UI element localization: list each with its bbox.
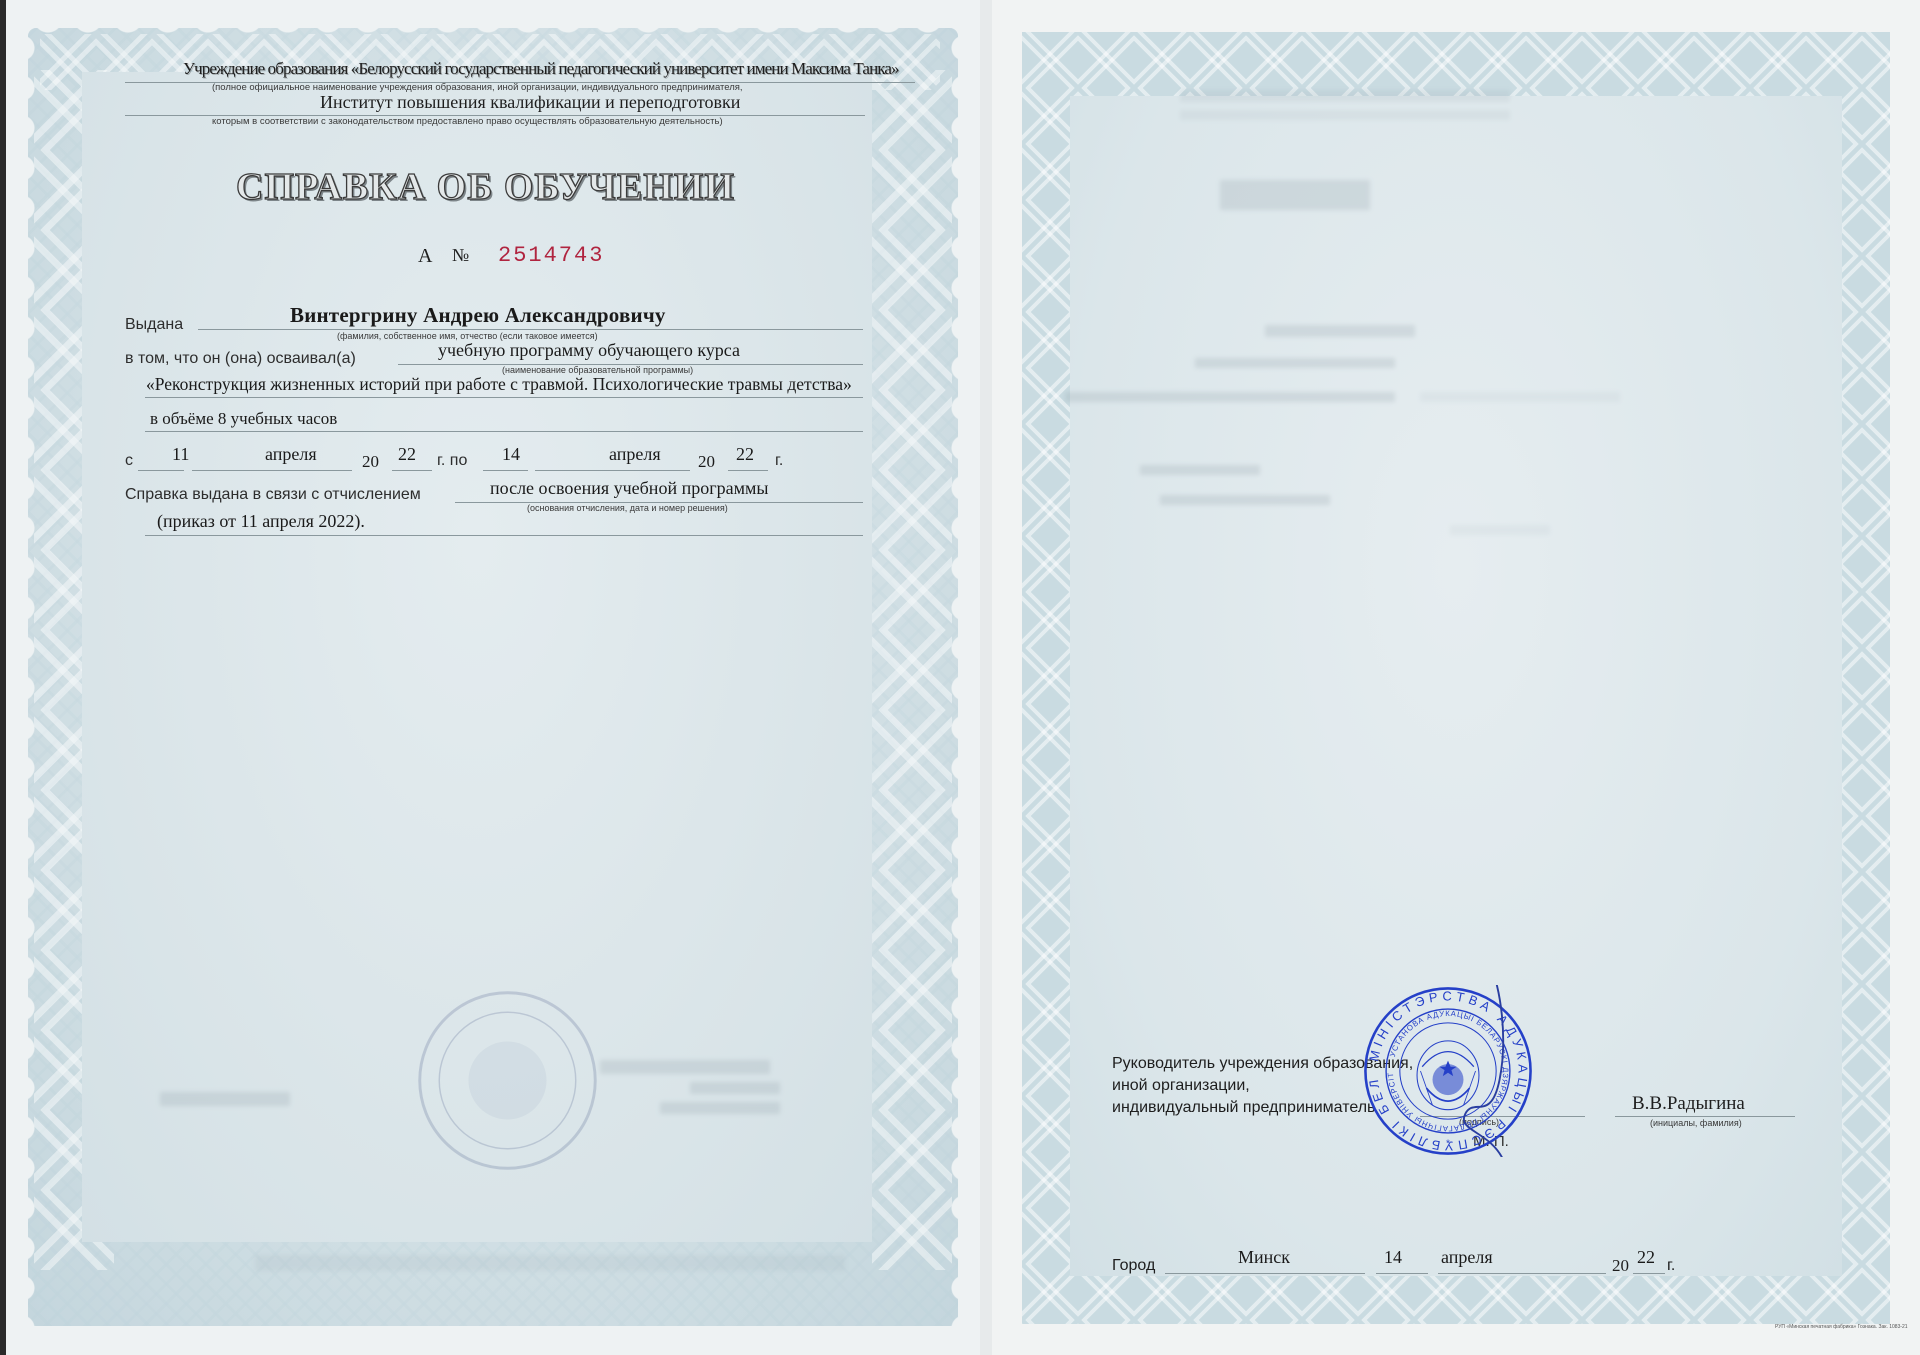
city-underline xyxy=(1165,1273,1365,1274)
bleed-through-text xyxy=(1160,495,1330,505)
page-gutter xyxy=(980,0,992,1355)
stamp-bleed-through xyxy=(410,978,605,1183)
director-name-underline xyxy=(1615,1116,1795,1117)
issue-month: апреля xyxy=(1441,1247,1493,1268)
bleed-through-text xyxy=(1180,110,1510,120)
program-name: «Реконструкция жизненных историй при раб… xyxy=(146,374,852,395)
bleed-through-title xyxy=(1220,180,1370,210)
program-name-underline xyxy=(145,397,863,398)
issue-century: 20 xyxy=(1612,1256,1629,1276)
number-sign: № xyxy=(452,245,469,266)
order-reference: (приказ от 11 апреля 2022). xyxy=(157,511,365,532)
scalloped-edge-bottom xyxy=(28,1310,958,1350)
scalloped-edge-left xyxy=(22,28,56,1326)
director-name: В.В.Радыгина xyxy=(1632,1093,1745,1115)
from-year-underline xyxy=(392,470,432,471)
subdivision-caption: которым в соответствии с законодательств… xyxy=(212,116,723,127)
period-from-month: апреля xyxy=(265,444,317,465)
period-suffix: г. xyxy=(775,452,783,470)
head-title-line-3: индивидуальный предприниматель xyxy=(1112,1099,1375,1117)
scalloped-edge-right xyxy=(930,28,964,1326)
bleed-through-text xyxy=(1195,358,1395,368)
svg-text:*: * xyxy=(1446,1139,1450,1150)
bleed-through-text xyxy=(1140,465,1260,475)
head-title-line-2: иной организации, xyxy=(1112,1077,1250,1095)
bleed-through-text xyxy=(1265,325,1415,337)
period-middle: г. по xyxy=(437,452,467,470)
official-stamp: МІНІСТЭРСТВА АДУКАЦЫІ РЭСПУБЛІКІ БЕЛАРУС… xyxy=(1362,985,1534,1157)
period-to-day: 14 xyxy=(502,444,520,465)
from-month-underline xyxy=(192,470,352,471)
period-to-month: апреля xyxy=(609,444,661,465)
bleed-through-text xyxy=(1420,392,1620,402)
document-title: СПРАВКА ОБ ОБУЧЕНИИ xyxy=(236,165,735,209)
printer-imprint: РУП «Минская печатная фабрика» Гознака. … xyxy=(1775,1324,1908,1330)
studied-label: в том, что он (она) осваивал(а) xyxy=(125,350,356,368)
reason-value: после освоения учебной программы xyxy=(490,478,768,499)
bleed-through-text xyxy=(1450,525,1550,535)
period-from-century: 20 xyxy=(362,452,379,472)
issued-to-label: Выдана xyxy=(125,316,183,334)
document-number: 2514743 xyxy=(498,243,604,268)
bleed-through-text xyxy=(600,1060,770,1074)
period-to-year: 22 xyxy=(736,444,754,465)
to-year-underline xyxy=(728,470,768,471)
order-underline xyxy=(145,535,863,536)
issue-city: Минск xyxy=(1238,1247,1290,1268)
recipient-underline xyxy=(198,329,863,330)
issue-day-underline xyxy=(1376,1273,1428,1274)
period-from-prefix: с xyxy=(125,452,133,470)
bleed-through-text xyxy=(1180,90,1510,102)
bleed-through-text xyxy=(660,1102,780,1114)
issue-year: 22 xyxy=(1637,1247,1655,1268)
bleed-through-text xyxy=(690,1082,780,1094)
bleed-through-text xyxy=(160,1092,290,1106)
bleed-through-text xyxy=(1065,392,1395,402)
hours-underline xyxy=(145,431,863,432)
period-from-day: 11 xyxy=(172,444,189,465)
city-label: Город xyxy=(1112,1257,1155,1275)
period-from-year: 22 xyxy=(398,444,416,465)
issue-year-underline xyxy=(1633,1273,1665,1274)
period-to-century: 20 xyxy=(698,452,715,472)
recipient-name: Винтергрину Андрею Александровичу xyxy=(290,303,666,328)
scalloped-edge-top xyxy=(28,18,958,58)
director-name-caption: (инициалы, фамилия) xyxy=(1650,1118,1742,1128)
reason-caption: (основания отчисления, дата и номер реше… xyxy=(527,503,728,513)
subdivision-name: Институт повышения квалификации и перепо… xyxy=(320,92,740,113)
program-hours: в объёме 8 учебных часов xyxy=(150,409,337,429)
bleed-through-text xyxy=(255,1255,845,1271)
document-series: А xyxy=(418,245,432,268)
reason-label: Справка выдана в связи с отчислением xyxy=(125,486,421,504)
issue-day: 14 xyxy=(1384,1247,1402,1268)
program-type: учебную программу обучающего курса xyxy=(438,340,740,361)
to-day-underline xyxy=(483,470,528,471)
issue-year-suffix: г. xyxy=(1667,1257,1675,1275)
to-month-underline xyxy=(535,470,690,471)
from-day-underline xyxy=(138,470,184,471)
issue-month-underline xyxy=(1438,1273,1606,1274)
institution-full-name: Учреждение образования «Белорусский госу… xyxy=(183,59,899,79)
